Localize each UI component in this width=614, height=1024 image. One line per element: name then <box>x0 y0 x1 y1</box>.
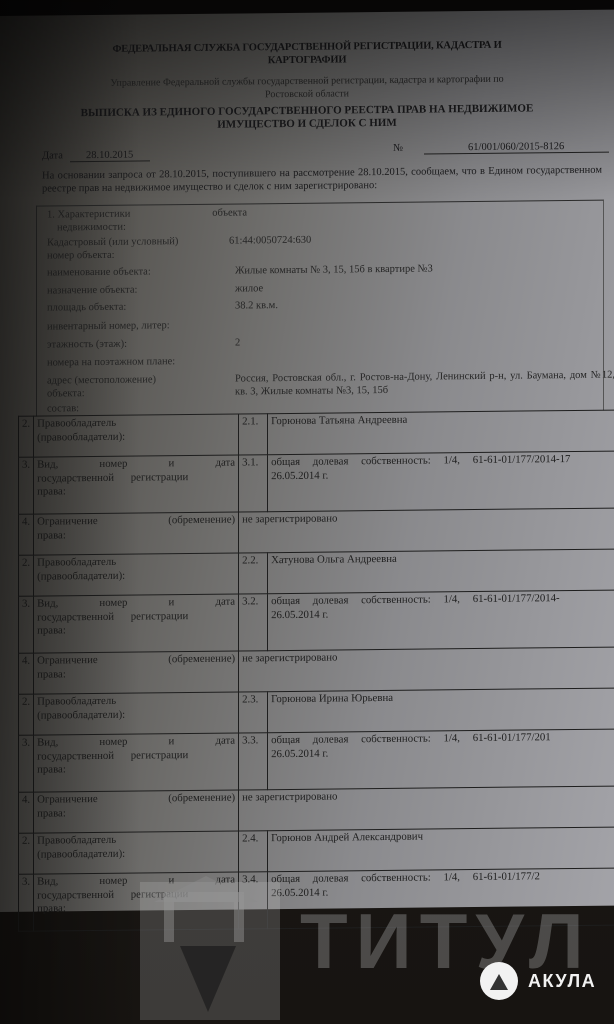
rights-table: 2.Правообладатель(правообладатели):2.1.Г… <box>18 410 614 932</box>
right-value: общая долевая собственность: 1/4, 61-61-… <box>268 729 614 790</box>
encumbrance-value: не зарегистрировано <box>239 508 614 553</box>
section-heading-word: объекта <box>212 206 247 219</box>
encumbrance-row: 4.Ограничение(обременение)права:не зарег… <box>19 786 614 833</box>
agency-watermark-emblem <box>140 882 280 1020</box>
row-number: 4. <box>19 514 34 555</box>
label-word: номер <box>99 875 127 889</box>
label-word: Вид, <box>37 458 58 472</box>
label-word: номер <box>99 458 127 472</box>
encumbrance-row: 4.Ограничение(обременение)права:не зарег… <box>19 508 614 555</box>
owner-code: 2.4. <box>239 831 268 872</box>
owner-name: Горюнова Ирина Юрьевна <box>268 688 614 733</box>
right-label: Вид,номеридатагосударственной регистраци… <box>34 594 239 653</box>
label-line: Ограничение(обременение) <box>37 514 235 530</box>
row-number: 4. <box>19 653 34 694</box>
owner-row: 2.Правообладатель(правообладатели):2.4.Г… <box>19 827 614 874</box>
registration-date: 26.05.2014 г. <box>271 744 614 761</box>
right-code: 3.1. <box>239 455 268 512</box>
row-number: 3. <box>19 874 34 931</box>
field-label: номера на поэтажном плане: <box>47 354 247 369</box>
field-label: номер объекта: <box>47 248 227 263</box>
field-value: жилое <box>235 279 614 296</box>
owner-name: Горюнов Андрей Александрович <box>268 827 614 872</box>
field-value <box>235 351 614 355</box>
owner-row: 2.Правообладатель(правообладатели):2.1.Г… <box>19 410 614 457</box>
label-line: права: <box>37 623 235 639</box>
label-line: (правообладатели): <box>37 846 235 862</box>
label-word: (обременение) <box>168 792 235 806</box>
document-title: ВЫПИСКА ИЗ ЕДИНОГО ГОСУДАРСТВЕННОГО РЕЕС… <box>0 102 614 134</box>
label-word: Вид, <box>37 597 58 611</box>
section-heading: 1. Характеристики объекта недвижимости: <box>47 206 247 234</box>
field-label: назначение объекта: <box>47 283 227 298</box>
owner-label: Правообладатель(правообладатели): <box>34 414 239 457</box>
row-number: 2. <box>19 833 34 874</box>
hand-icon <box>180 946 236 1012</box>
label-word: дата <box>215 457 235 471</box>
section-heading-word: 1. Характеристики <box>47 208 130 222</box>
row-number: 3. <box>19 596 34 653</box>
right-label: Вид,номеридатагосударственной регистраци… <box>34 733 239 792</box>
right-code: 3.3. <box>239 733 268 790</box>
house-icon <box>164 892 244 942</box>
label-line: права: <box>37 805 235 821</box>
field-value: 61:44:0050724:630 <box>229 231 609 248</box>
field-label: площадь объекта: <box>47 300 227 315</box>
owner-code: 2.2. <box>239 553 268 594</box>
field-value: Россия, Ростовская обл., г. Ростов-на-До… <box>235 369 614 399</box>
date-value: 28.10.2015 <box>70 149 150 162</box>
right-value: общая долевая собственность: 1/4, 61-61-… <box>268 590 614 651</box>
field-label: этажность (этаж): <box>47 337 227 352</box>
label-line: права: <box>37 762 235 778</box>
label-line: права: <box>37 484 235 500</box>
section-heading-line: недвижимости: <box>47 219 247 234</box>
number-line: № 61/001/060/2015-8126 <box>393 141 609 155</box>
department-name: Управление Федеральной службы государств… <box>0 72 614 104</box>
label-word: (обременение) <box>168 514 235 528</box>
owner-row: 2.Правообладатель(правообладатели):2.3.Г… <box>19 688 614 735</box>
owner-label: Правообладатель(правообладатели): <box>34 692 239 735</box>
date-line: Дата 28.10.2015 <box>42 149 150 162</box>
label-word: Вид, <box>37 736 58 750</box>
label-line: права: <box>37 666 235 682</box>
owner-name: Хатунова Ольга Андреевна <box>268 549 614 594</box>
encumbrance-label: Ограничение(обременение)права: <box>34 512 239 555</box>
right-row: 3.Вид,номеридатагосударственной регистра… <box>19 729 614 792</box>
owner-row: 2.Правообладатель(правообладатели):2.2.Х… <box>19 549 614 596</box>
encumbrance-value: не зарегистрировано <box>239 647 614 692</box>
label-word: (обременение) <box>168 653 235 667</box>
right-value: общая долевая собственность: 1/4, 61-61-… <box>268 451 614 512</box>
owner-name: Горюнова Татьяна Андреевна <box>268 410 614 455</box>
date-label: Дата <box>42 150 63 161</box>
number-label: № <box>393 143 403 154</box>
site-name: АКУЛА <box>528 971 596 992</box>
row-number: 2. <box>19 555 34 596</box>
row-number: 3. <box>19 735 34 792</box>
label-line: (правообладатели): <box>37 707 235 723</box>
site-logo: АКУЛА <box>480 962 596 1000</box>
agency-title: ФЕДЕРАЛЬНАЯ СЛУЖБА ГОСУДАРСТВЕННОЙ РЕГИС… <box>0 38 614 70</box>
registration-date: 26.05.2014 г. <box>271 605 614 622</box>
owner-label: Правообладатель(правообладатели): <box>34 553 239 596</box>
label-word: и <box>169 735 175 749</box>
right-row: 3.Вид,номеридатагосударственной регистра… <box>19 451 614 514</box>
label-line: (правообладатели): <box>37 429 235 445</box>
encumbrance-label: Ограничение(обременение)права: <box>34 651 239 694</box>
field-value: 38.2 кв.м. <box>235 296 614 313</box>
label-word: и <box>169 457 175 471</box>
label-word: номер <box>99 597 127 611</box>
label-word: Ограничение <box>37 793 98 807</box>
owner-code: 2.1. <box>239 414 268 455</box>
encumbrance-row: 4.Ограничение(обременение)права:не зарег… <box>19 647 614 694</box>
encumbrance-value: не зарегистрировано <box>239 786 614 831</box>
field-label: объекта: <box>47 386 227 401</box>
field-value: 2 <box>235 333 614 350</box>
label-line: Ограничение(обременение) <box>37 792 235 808</box>
label-word: Ограничение <box>37 515 98 529</box>
row-number: 2. <box>19 694 34 735</box>
label-word: номер <box>99 736 127 750</box>
intro-paragraph: На основании запроса от 28.10.2015, пост… <box>42 164 602 196</box>
object-characteristics: 1. Характеристики объекта недвижимости: … <box>36 200 604 417</box>
label-word: Ограничение <box>37 654 98 668</box>
right-row: 3.Вид,номеридатагосударственной регистра… <box>19 590 614 653</box>
label-line: (правообладатели): <box>37 568 235 584</box>
field-value <box>235 315 614 319</box>
field-label: наименование объекта: <box>47 265 227 280</box>
shark-icon <box>480 962 518 1000</box>
label-word: дата <box>215 735 235 749</box>
row-number: 4. <box>19 792 34 833</box>
field-label: инвентарный номер, литер: <box>47 318 247 333</box>
encumbrance-label: Ограничение(обременение)права: <box>34 790 239 833</box>
label-line: Ограничение(обременение) <box>37 653 235 669</box>
label-word: Вид, <box>37 875 58 889</box>
right-label: Вид,номеридатагосударственной регистраци… <box>34 455 239 514</box>
row-number: 3. <box>19 457 34 514</box>
row-number: 2. <box>19 416 34 457</box>
field-value: Жилые комнаты № 3, 15, 15б в квартире №3 <box>235 261 614 278</box>
document-page: ФЕДЕРАЛЬНАЯ СЛУЖБА ГОСУДАРСТВЕННОЙ РЕГИС… <box>0 10 614 912</box>
label-word: и <box>169 596 175 610</box>
registration-date: 26.05.2014 г. <box>271 466 614 483</box>
label-word: дата <box>215 596 235 610</box>
number-value: 61/001/060/2015-8126 <box>424 141 609 155</box>
owner-label: Правообладатель(правообладатели): <box>34 831 239 874</box>
right-code: 3.2. <box>239 594 268 651</box>
label-line: права: <box>37 527 235 543</box>
owner-code: 2.3. <box>239 692 268 733</box>
